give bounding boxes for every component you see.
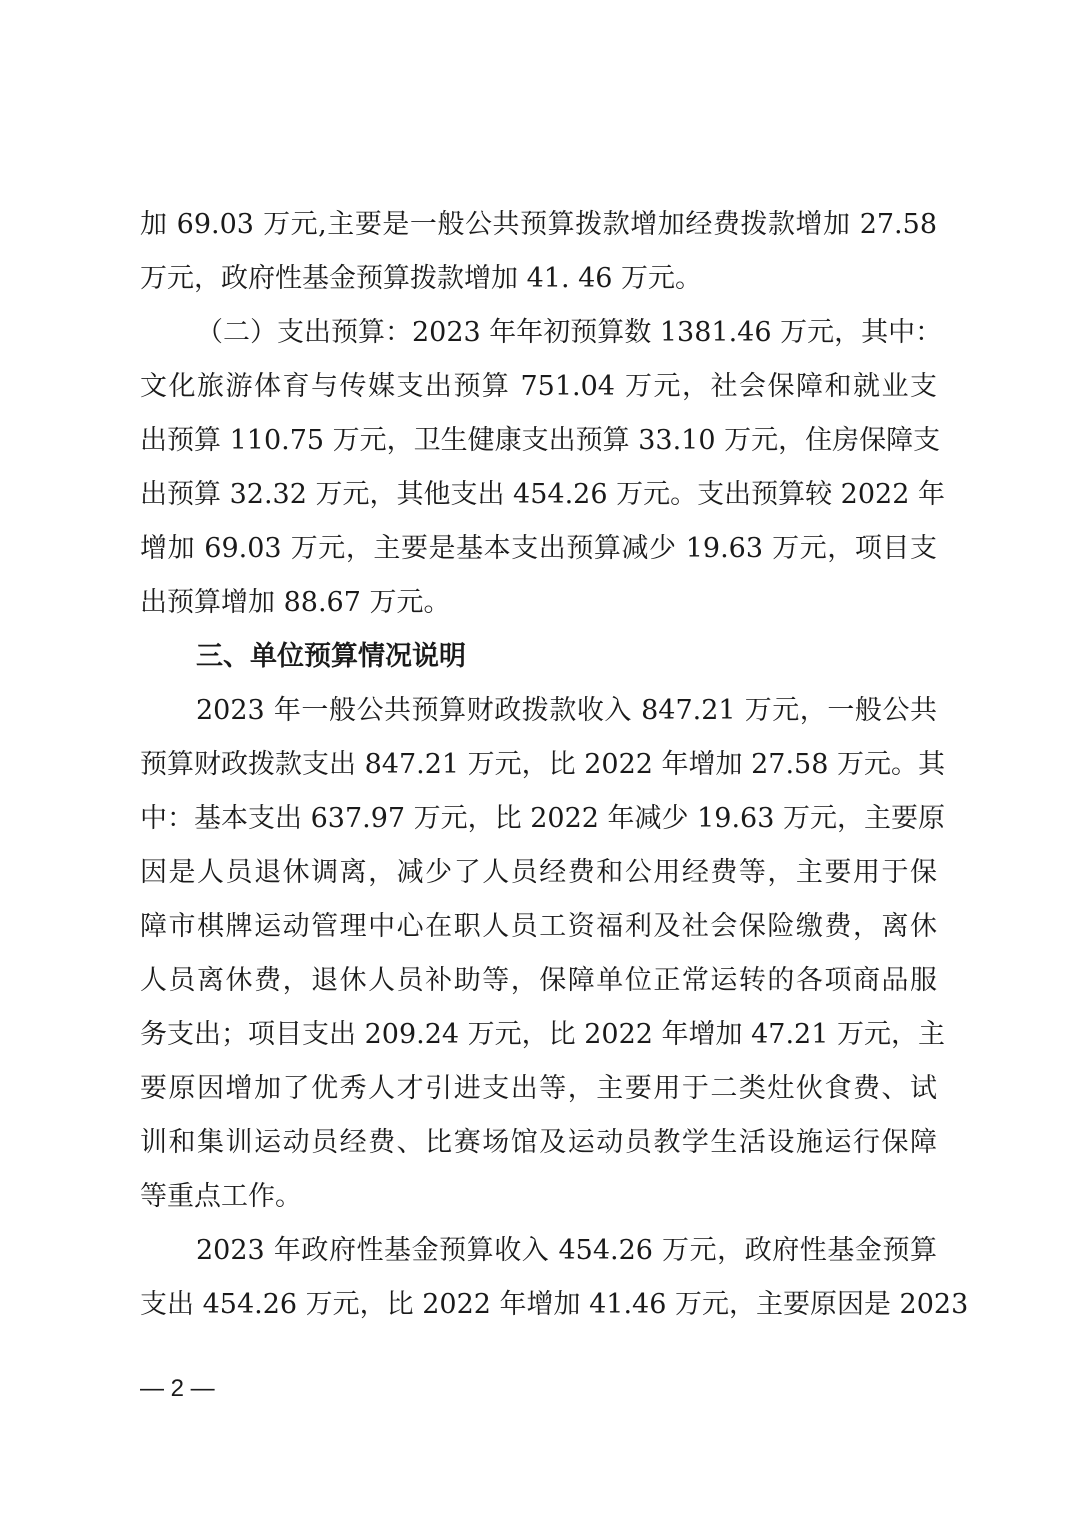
text-line: 出预算增加 88.67 万元。 [140, 576, 937, 630]
text-line: 预算财政拨款支出 847.21 万元，比 2022 年增加 27.58 万元。其 [140, 738, 937, 792]
text-line: 增加 69.03 万元，主要是基本支出预算减少 19.63 万元，项目支 [140, 522, 937, 576]
text-line: 障市棋牌运动管理中心在职人员工资福利及社会保险缴费，离休 [140, 900, 937, 954]
text-line: 2023 年政府性基金预算收入 454.26 万元，政府性基金预算 [140, 1224, 937, 1278]
text-line: 人员离休费，退休人员补助等，保障单位正常运转的各项商品服 [140, 954, 937, 1008]
text-line: 要原因增加了优秀人才引进支出等，主要用于二类灶伙食费、试 [140, 1062, 937, 1116]
paragraph-income-tail: 加 69.03 万元,主要是一般公共预算拨款增加经费拨款增加 27.58 万元，… [140, 198, 937, 306]
text-line: 出预算 110.75 万元，卫生健康支出预算 33.10 万元，住房保障支 [140, 414, 937, 468]
text-line: 训和集训运动员经费、比赛场馆及运动员教学生活设施运行保障 [140, 1116, 937, 1170]
text-line: 务支出；项目支出 209.24 万元，比 2022 年增加 47.21 万元，主 [140, 1008, 937, 1062]
text-line: 等重点工作。 [140, 1170, 937, 1224]
section-heading: 三、单位预算情况说明 [140, 630, 937, 684]
paragraph-government-fund-budget: 2023 年政府性基金预算收入 454.26 万元，政府性基金预算 支出 454… [140, 1224, 937, 1332]
text-line: 支出 454.26 万元，比 2022 年增加 41.46 万元，主要原因是 2… [140, 1278, 937, 1332]
text-line: （二）支出预算：2023 年年初预算数 1381.46 万元，其中： [140, 306, 937, 360]
text-line: 加 69.03 万元,主要是一般公共预算拨款增加经费拨款增加 27.58 [140, 198, 937, 252]
text-line: 出预算 32.32 万元，其他支出 454.26 万元。支出预算较 2022 年 [140, 468, 937, 522]
paragraph-general-public-budget: 2023 年一般公共预算财政拨款收入 847.21 万元，一般公共 预算财政拨款… [140, 684, 937, 1224]
text-line: 2023 年一般公共预算财政拨款收入 847.21 万元，一般公共 [140, 684, 937, 738]
text-line: 因是人员退休调离，减少了人员经费和公用经费等，主要用于保 [140, 846, 937, 900]
text-line: 文化旅游体育与传媒支出预算 751.04 万元，社会保障和就业支 [140, 360, 937, 414]
text-line: 万元，政府性基金预算拨款增加 41. 46 万元。 [140, 252, 937, 306]
paragraph-expenditure-budget: （二）支出预算：2023 年年初预算数 1381.46 万元，其中： 文化旅游体… [140, 306, 937, 630]
page-number: — 2 — [140, 1375, 215, 1403]
text-line: 中：基本支出 637.97 万元，比 2022 年减少 19.63 万元，主要原 [140, 792, 937, 846]
document-page: 加 69.03 万元,主要是一般公共预算拨款增加经费拨款增加 27.58 万元，… [140, 198, 937, 1332]
